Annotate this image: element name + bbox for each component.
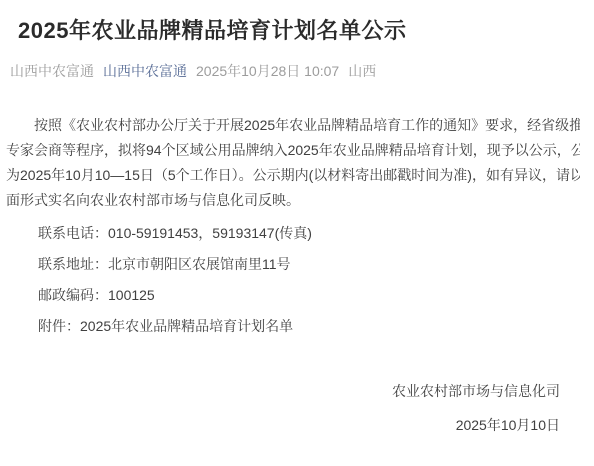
- contact-phone-line: 联系电话：010-59191453，59193147(传真): [38, 221, 580, 246]
- byline-datetime: 2025年10月28日 10:07: [196, 63, 339, 79]
- byline-account-link[interactable]: 山西中农富通: [103, 63, 187, 79]
- contact-address-line: 联系地址：北京市朝阳区农展馆南里11号: [38, 252, 580, 277]
- announcement-paragraph: 按照《农业农村部办公厅关于开展2025年农业品牌精品培育工作的通知》要求，经省级…: [6, 113, 580, 213]
- attachment-line: 附件：2025年农业品牌精品培育计划名单: [38, 314, 580, 339]
- article-title: 2025年农业品牌精品培育计划名单公示: [18, 16, 580, 46]
- postal-code-line: 邮政编码：100125: [38, 283, 580, 308]
- byline-location: 山西: [348, 63, 376, 79]
- byline-author: 山西中农富通: [10, 63, 94, 79]
- paragraph-line: 面形式实名向农业农村部市场与信息化司反映。: [6, 188, 580, 213]
- signature-department: 农业农村部市场与信息化司: [6, 379, 560, 404]
- signature-date: 2025年10月10日: [6, 413, 560, 438]
- article-body: 按照《农业农村部办公厅关于开展2025年农业品牌精品培育工作的通知》要求，经省级…: [6, 113, 580, 438]
- paragraph-line: 专家会商等程序，拟将94个区域公用品牌纳入2025年农业品牌精品培育计划，现予以…: [6, 138, 580, 163]
- contact-info-block: 联系电话：010-59191453，59193147(传真) 联系地址：北京市朝…: [6, 221, 580, 339]
- byline: 山西中农富通山西中农富通2025年10月28日 10:07山西: [10, 61, 580, 81]
- paragraph-line: 为2025年10月10—15日（5个工作日）。公示期内(以材料寄出邮戳时间为准)…: [6, 163, 580, 188]
- paragraph-line: 按照《农业农村部办公厅关于开展2025年农业品牌精品培育工作的通知》要求，经省级…: [6, 113, 580, 138]
- signature-block: 农业农村部市场与信息化司 2025年10月10日: [6, 379, 580, 438]
- article-page: 2025年农业品牌精品培育计划名单公示 山西中农富通山西中农富通2025年10月…: [0, 0, 594, 466]
